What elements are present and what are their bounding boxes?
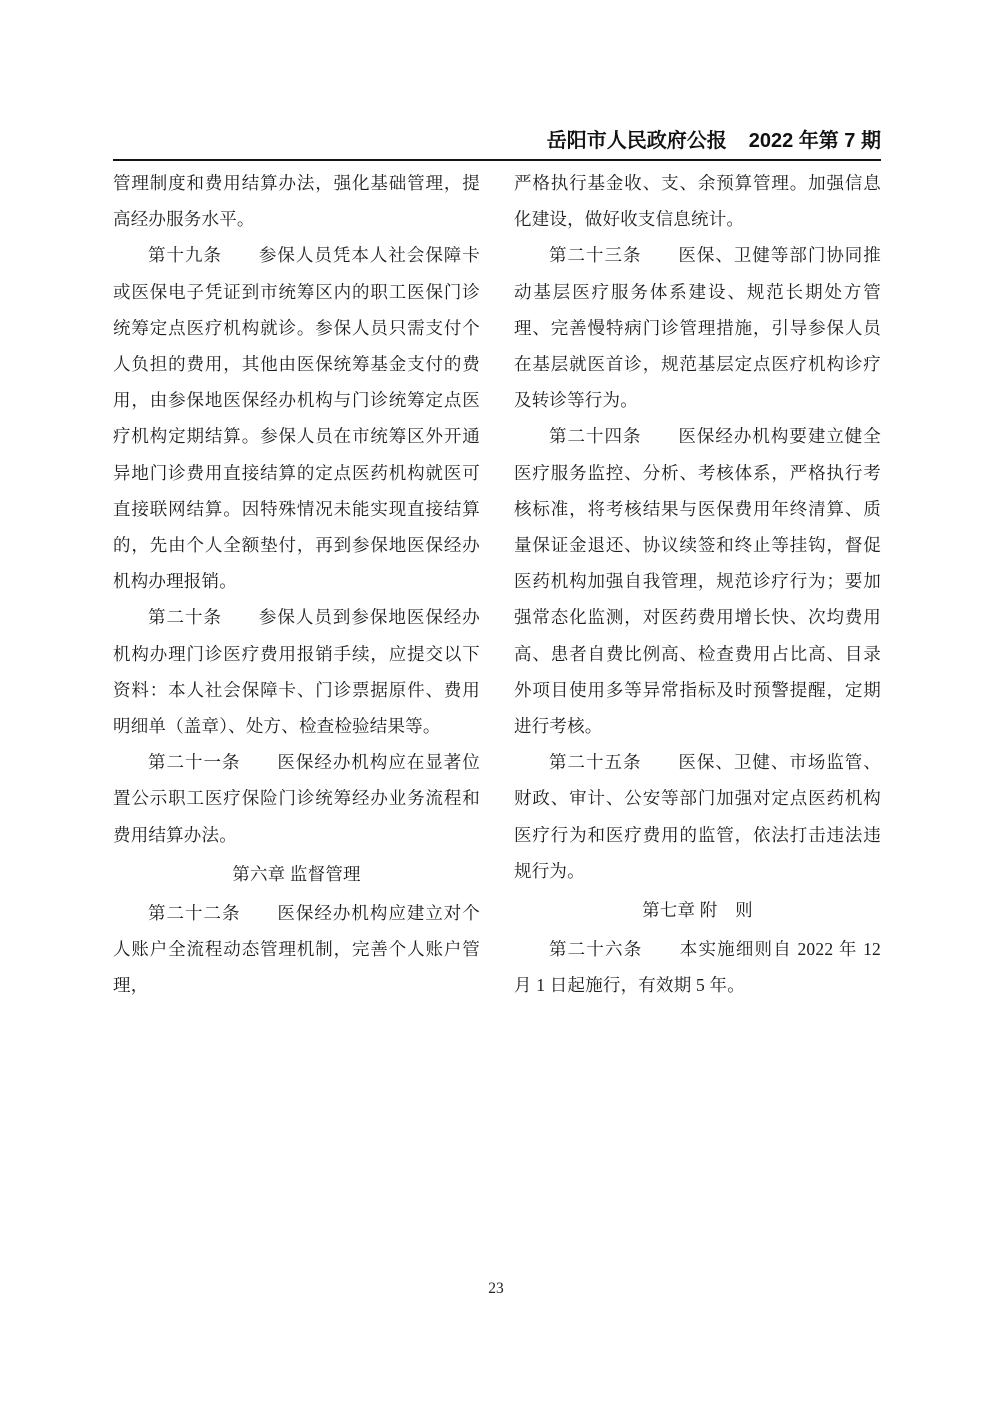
chapter-heading-7: 第七章 附 则 <box>514 892 881 928</box>
right-column: 严格执行基金收、支、余预算管理。加强信息化建设，做好收支信息统计。 第二十三条 … <box>514 165 881 1004</box>
gazette-title: 岳阳市人民政府公报 <box>547 130 727 152</box>
gazette-issue: 2022 年第 7 期 <box>749 130 881 152</box>
paragraph-article-25: 第二十五条 医保、卫健、市场监管、财政、审计、公安等部门加强对定点医药机构医疗行… <box>514 744 881 889</box>
paragraph-article-21: 第二十一条 医保经办机构应在显著位置公示职工医疗保险门诊统筹经办业务流程和费用结… <box>113 744 480 853</box>
paragraph-article-26: 第二十六条 本实施细则自 2022 年 12 月 1 日起施行，有效期 5 年。 <box>514 931 881 1003</box>
paragraph-article-24: 第二十四条 医保经办机构要建立健全医疗服务监控、分析、考核体系，严格执行考核标准… <box>514 418 881 744</box>
page-content: 岳阳市人民政府公报2022 年第 7 期 管理制度和费用结算办法，强化基础管理，… <box>113 128 881 1004</box>
left-column: 管理制度和费用结算办法，强化基础管理，提高经办服务水平。 第十九条 参保人员凭本… <box>113 165 480 1004</box>
chapter-heading-6: 第六章 监督管理 <box>113 856 480 892</box>
header-rule <box>113 159 881 161</box>
page-number: 23 <box>0 1280 992 1298</box>
paragraph-article-23: 第二十三条 医保、卫健等部门协同推动基层医疗服务体系建设、规范长期处方管理、完善… <box>514 237 881 418</box>
paragraph-article-22: 第二十二条 医保经办机构应建立对个人账户全流程动态管理机制，完善个人账户管理， <box>113 895 480 1004</box>
gazette-page: 岳阳市人民政府公报2022 年第 7 期 管理制度和费用结算办法，强化基础管理，… <box>0 0 992 1403</box>
paragraph-article-19: 第十九条 参保人员凭本人社会保障卡或医保电子凭证到市统筹区内的职工医保门诊统筹定… <box>113 237 480 599</box>
two-column-body: 管理制度和费用结算办法，强化基础管理，提高经办服务水平。 第十九条 参保人员凭本… <box>113 165 881 1004</box>
page-header: 岳阳市人民政府公报2022 年第 7 期 <box>113 128 881 159</box>
paragraph-article-20: 第二十条 参保人员到参保地医保经办机构办理门诊医疗费用报销手续，应提交以下资料：… <box>113 599 480 744</box>
paragraph-continuation: 严格执行基金收、支、余预算管理。加强信息化建设，做好收支信息统计。 <box>514 165 881 237</box>
paragraph-continuation: 管理制度和费用结算办法，强化基础管理，提高经办服务水平。 <box>113 165 480 237</box>
